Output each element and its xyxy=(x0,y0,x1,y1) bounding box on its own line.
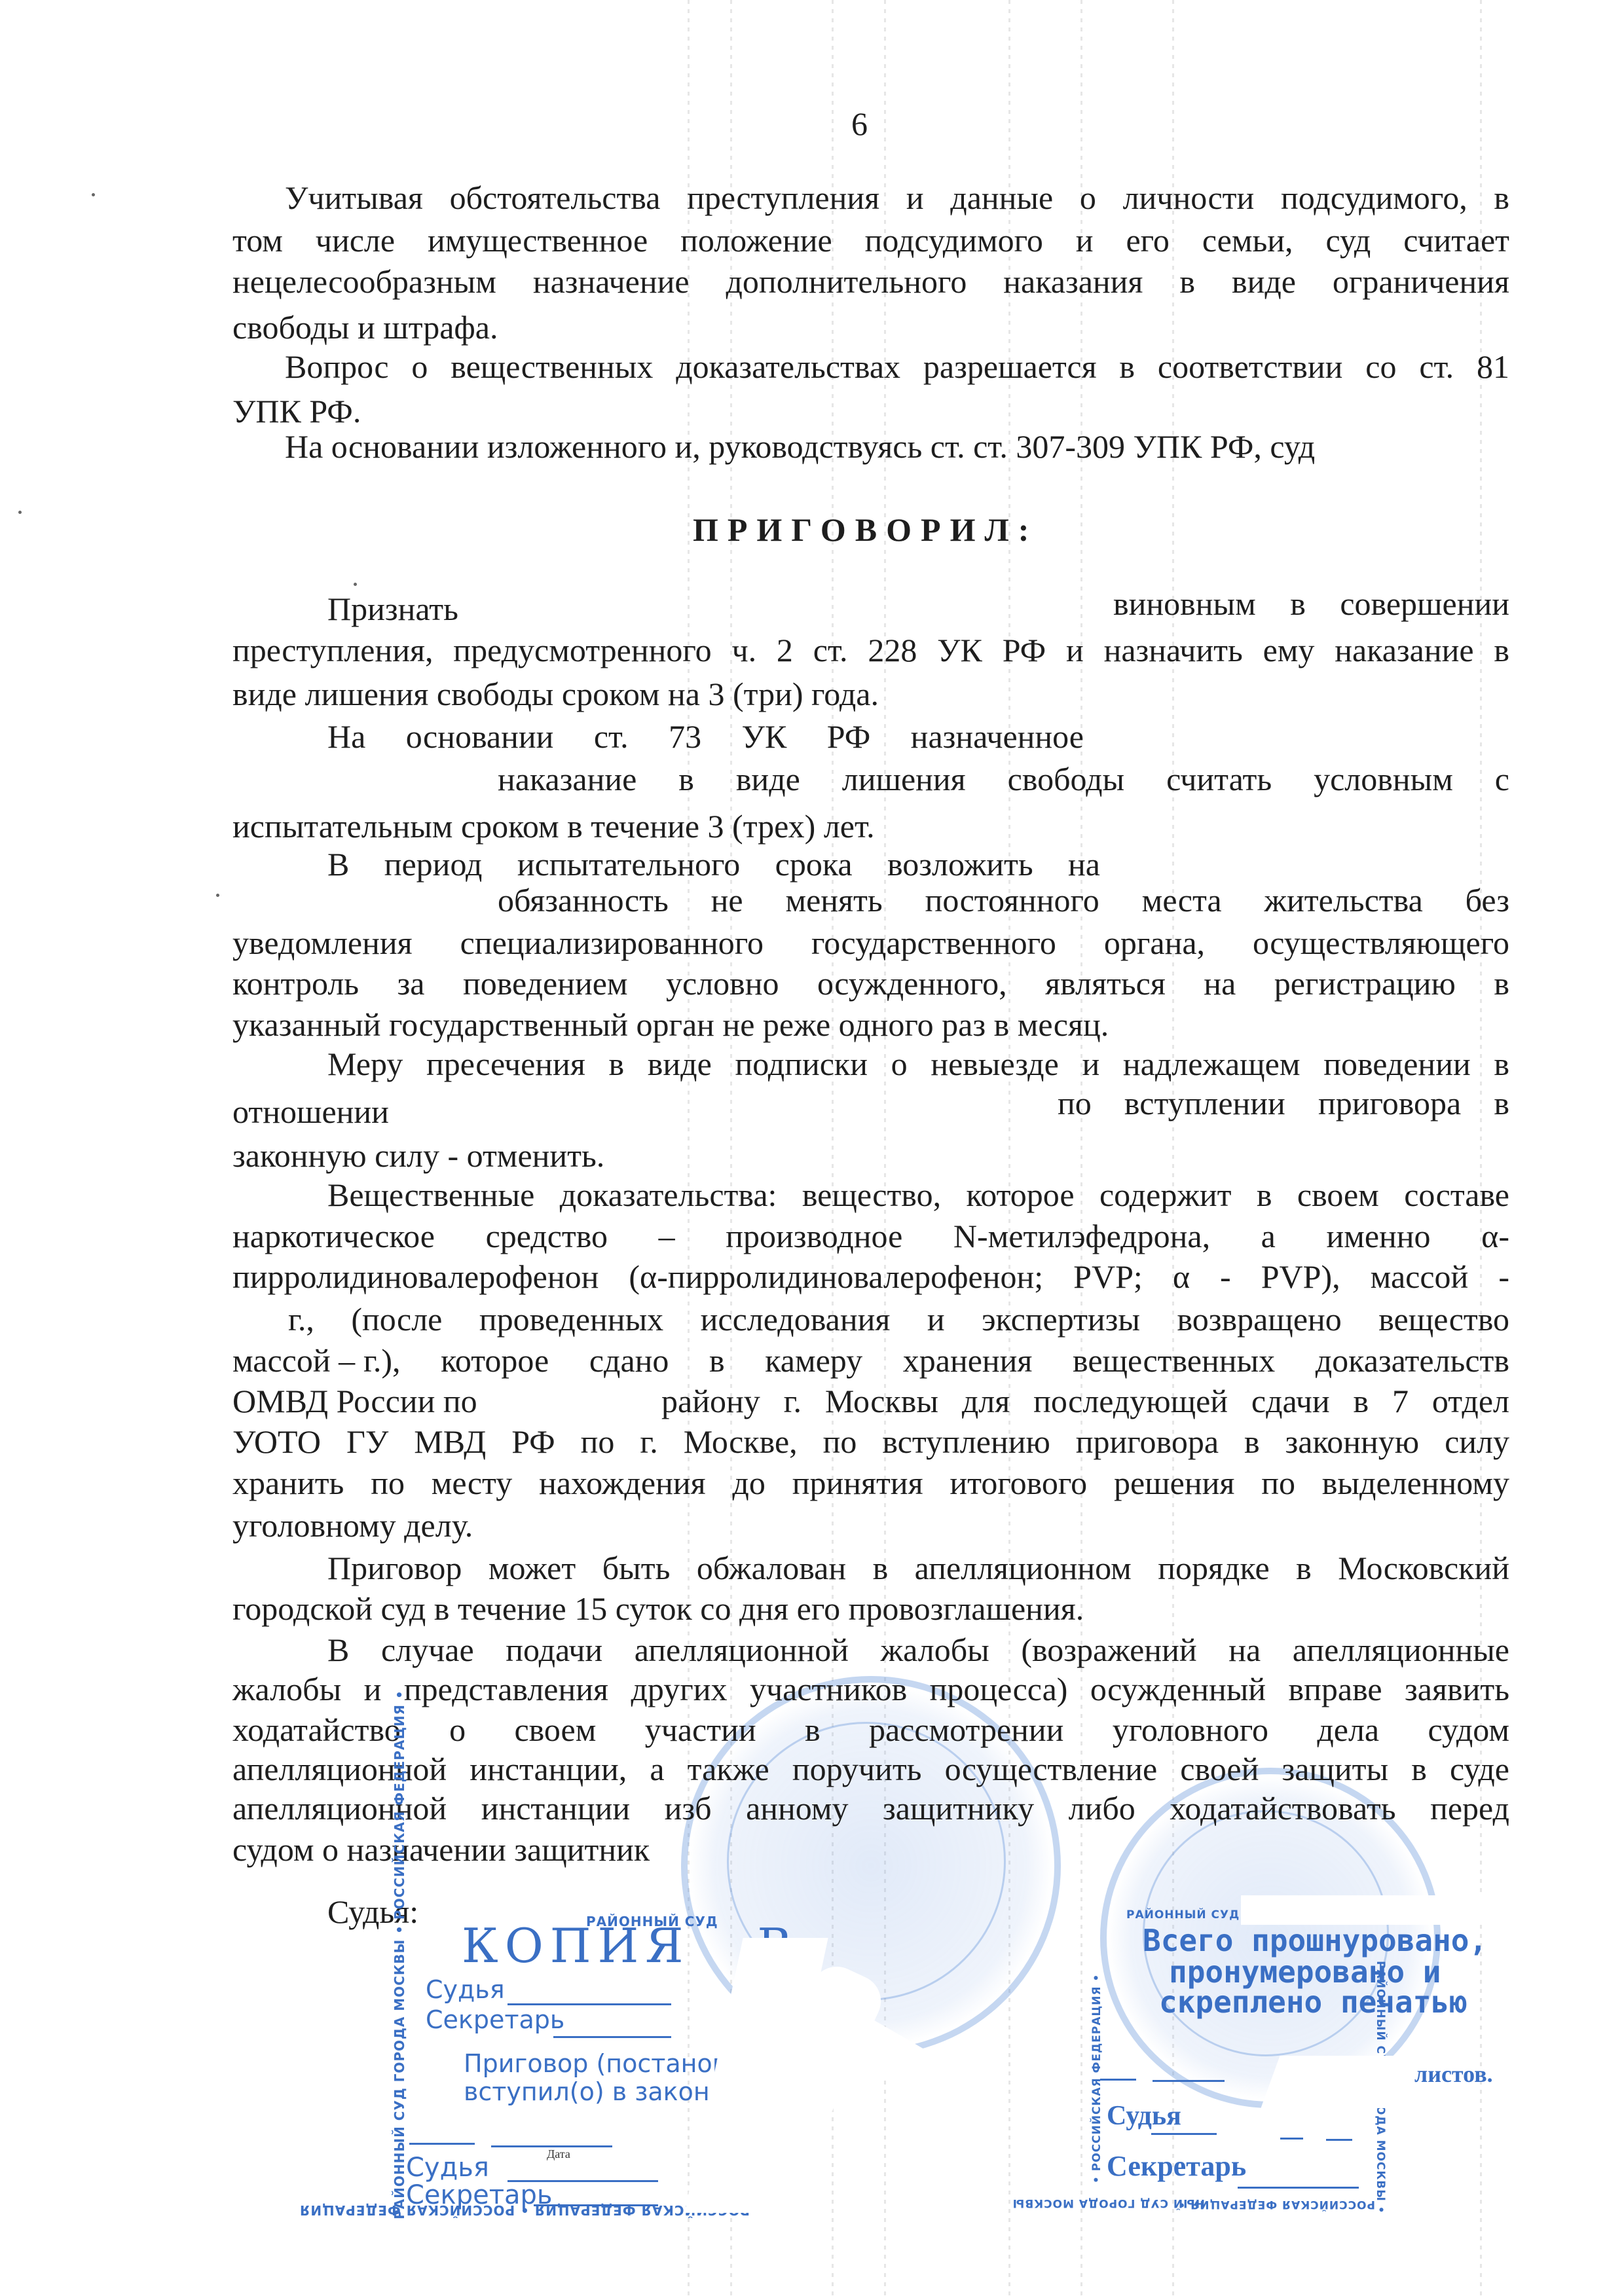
paragraph-line: ОМВД России по xyxy=(232,1381,477,1421)
paragraph-line: виновным в совершении xyxy=(1113,584,1509,623)
paragraph-line: обязанность не менять постоянного места … xyxy=(498,881,1509,920)
binding-stamp-rim-bottom-right: РОССИЙСКАЯ ФЕДЕРАЦИЯ • xyxy=(1177,2198,1375,2211)
paragraph-line: хранить по месту нахождения до принятия … xyxy=(232,1463,1509,1503)
binding-stamp-rim-left: • РОССИЙСКАЯ ФЕДЕРАЦИЯ • xyxy=(1090,1974,1103,2183)
paragraph-line: Учитывая обстоятельства преступления и д… xyxy=(285,178,1509,217)
paragraph-line: жалобы и представления других участников… xyxy=(232,1669,1509,1709)
paragraph-line: Вопрос о вещественных доказательствах ра… xyxy=(285,347,1509,386)
copy-stamp-verdict-line1: Приговор (постановл xyxy=(464,2049,743,2078)
paragraph-line: массой – xyxy=(232,1341,355,1380)
redaction xyxy=(1261,2056,1411,2108)
margin-speck xyxy=(354,583,357,586)
binding-stamp-line1: Всего прошнуровано, xyxy=(1143,1923,1487,1958)
paragraph-line: уголовному делу. xyxy=(232,1506,473,1545)
paragraph-line: свободы и штрафа. xyxy=(232,308,498,347)
redaction xyxy=(1241,1895,1588,1925)
paragraph-line: виде лишения свободы сроком на 3 (три) г… xyxy=(232,674,879,714)
paragraph-line: району г. Москвы для последующей сдачи в… xyxy=(661,1381,1509,1421)
paragraph-line: судом о назначении защитник xyxy=(232,1830,650,1869)
binding-stamp-secretary-label: Секретарь xyxy=(1107,2149,1246,2183)
page-number: 6 xyxy=(851,105,868,143)
paragraph-line: городской суд в течение 15 суток со дня … xyxy=(232,1589,1084,1628)
copy-stamp-secretary-line xyxy=(553,2036,671,2038)
margin-speck xyxy=(216,894,219,897)
paragraph-line: указанный государственный орган не реже … xyxy=(232,1005,1109,1044)
paragraph-line: пирролидиновалерофенон (α-пирролидиновал… xyxy=(232,1257,1509,1296)
paragraph-line: отношении xyxy=(232,1092,389,1131)
copy-stamp-secretary-label: Секретарь xyxy=(426,2005,564,2034)
paragraph-line: законную силу - отменить. xyxy=(232,1136,604,1175)
scan-streak xyxy=(1080,0,1082,2296)
paragraph-line: апелляционной инстанции, а также поручит… xyxy=(232,1749,1509,1789)
binding-stamp-judge-line-c xyxy=(1326,2139,1352,2141)
binding-stamp-judge-label: Судья xyxy=(1107,2100,1181,2132)
paragraph-line: по вступлении приговора в xyxy=(1058,1084,1509,1123)
copy-stamp-judge-label: Судья xyxy=(426,1975,505,2004)
paragraph-line: г.), которое сдано в камеру хранения вещ… xyxy=(363,1341,1509,1380)
paragraph-line: контроль за поведением условно осужденно… xyxy=(232,964,1509,1003)
paragraph-line: ходатайство о своем участии в рассмотрен… xyxy=(232,1710,1509,1749)
binding-stamp-sheets-label: листов. xyxy=(1414,2060,1493,2088)
paragraph-line: нецелесообразным назначение дополнительн… xyxy=(232,262,1509,301)
paragraph-line: том числе имущественное положение подсуд… xyxy=(232,221,1509,260)
binding-stamp-judge-line xyxy=(1151,2133,1217,2135)
paragraph-line: На основании ст. 73 УК РФ назначенное xyxy=(327,717,1084,756)
binding-stamp-sheets-line-b xyxy=(1153,2080,1225,2082)
binding-stamp-line3: скреплено печатью xyxy=(1159,1984,1467,2020)
copy-stamp-secretary-line-2 xyxy=(534,2204,658,2206)
paragraph-line: наркотическое средство – производное N-м… xyxy=(232,1216,1509,1256)
paragraph-line: Приговор может быть обжалован в апелляци… xyxy=(327,1548,1509,1588)
binding-stamp-secretary-line xyxy=(1238,2187,1359,2189)
paragraph-line: Меру пресечения в виде подписки о невыез… xyxy=(327,1044,1509,1084)
copy-stamp-secretary-label-2: Секретарь xyxy=(406,2180,552,2210)
margin-speck xyxy=(92,193,95,196)
binding-stamp-judge-line-b xyxy=(1280,2138,1303,2140)
paragraph-line: преступления, предусмотренного ч. 2 ст. … xyxy=(232,630,1509,670)
paragraph-line: Вещественные доказательства: вещество, к… xyxy=(327,1175,1509,1214)
copy-stamp-date-label: Дата xyxy=(547,2147,570,2161)
copy-stamp-rim-left: РАЙОННЫЙ СУД ГОРОДА МОСКВЫ • РОССИЙСКАЯ … xyxy=(392,1690,407,2219)
paragraph-line: На основании изложенного и, руководствуя… xyxy=(285,427,1315,466)
copy-stamp-date-line-left xyxy=(409,2143,475,2145)
paragraph-line: УПК РФ. xyxy=(232,392,361,431)
paragraph-line: г., (после проведенных исследования и эк… xyxy=(288,1300,1509,1339)
paragraph-line: В случае подачи апелляционной жалобы (во… xyxy=(327,1630,1509,1669)
paragraph-line: уведомления специализированного государс… xyxy=(232,923,1509,962)
copy-stamp-title-text: КОПИЯ xyxy=(462,1918,690,1973)
paragraph-line: апелляционной инстанции изб анному защит… xyxy=(232,1789,1509,1828)
paragraph-line: УОТО ГУ МВД РФ по г. Москве, по вступлен… xyxy=(232,1422,1509,1461)
margin-speck xyxy=(18,511,22,514)
paragraph-line: В период испытательного срока возложить … xyxy=(327,845,1100,884)
binding-stamp-sheets-line-a xyxy=(1100,2079,1136,2081)
verdict-heading: ПРИГОВОРИЛ: xyxy=(693,511,1038,549)
binding-stamp-rim-bottom-left: НЫЙ СУД ГОРОДА МОСКВЫ xyxy=(1012,2196,1205,2210)
paragraph-line: Признать xyxy=(327,589,458,629)
paragraph-line: испытательным сроком в течение 3 (трех) … xyxy=(232,807,875,846)
paragraph-line: наказание в виде лишения свободы считать… xyxy=(498,759,1509,799)
copy-stamp-judge-label-2: Судья xyxy=(406,2153,489,2183)
